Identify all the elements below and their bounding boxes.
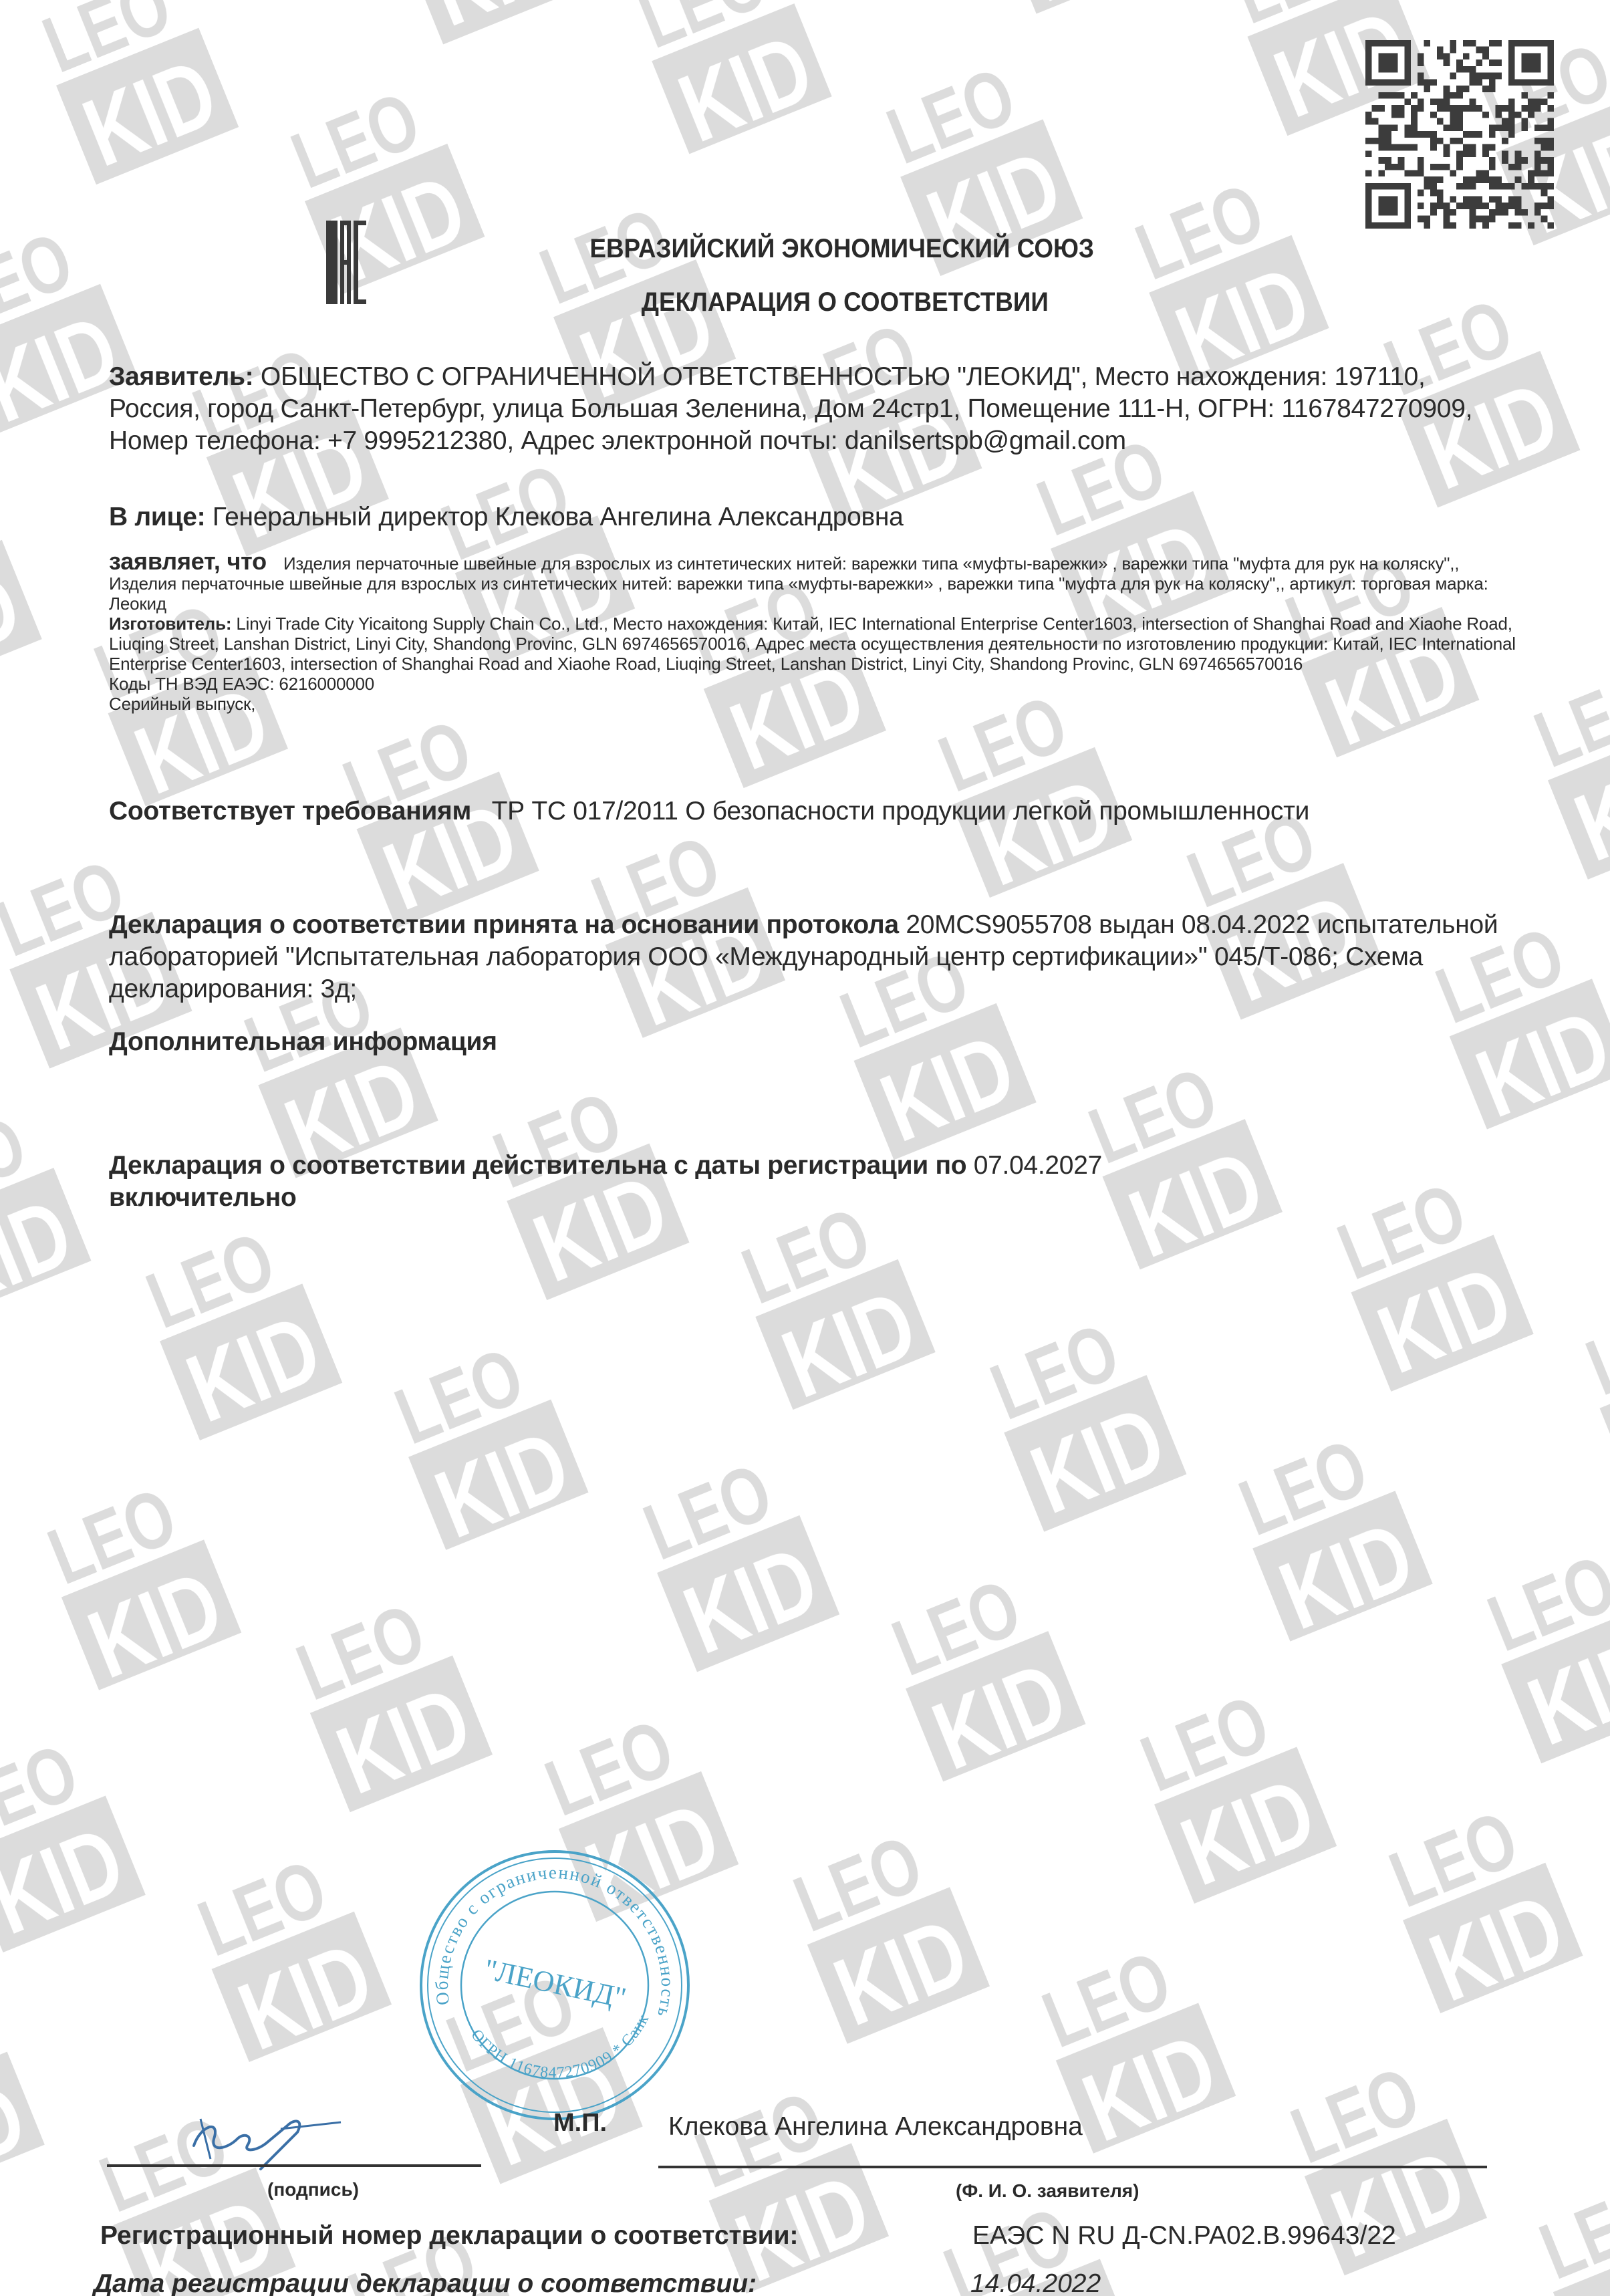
signature-caption: (подпись)	[267, 2179, 359, 2200]
fio-caption: (Ф. И. О. заявителя)	[956, 2180, 1139, 2202]
basis-label: Декларация о соответствии принята на осн…	[109, 910, 899, 939]
product-description: Изделия перчаточные швейные для взрослых…	[109, 553, 1488, 614]
manufacturer-text: Linyi Trade City Yicaitong Supply Chain …	[109, 614, 1516, 674]
registration-date-label: Дата регистрации декларации о соответств…	[94, 2269, 757, 2296]
registration-number-value: ЕАЭС N RU Д-CN.PA02.B.99643/22	[972, 2221, 1396, 2251]
applicant-section: Заявитель: ОБЩЕСТВО С ОГРАНИЧЕННОЙ ОТВЕТ…	[109, 361, 1506, 457]
applicant-label: Заявитель:	[109, 362, 253, 391]
registration-number-label: Регистрационный номер декларации о соотв…	[100, 2221, 799, 2251]
document-title: ДЕКЛАРАЦИЯ О СООТВЕТСТВИИ	[64, 287, 1545, 317]
union-title: ЕВРАЗИЙСКИЙ ЭКОНОМИЧЕСКИЙ СОЮЗ	[64, 234, 1545, 264]
name-line	[658, 2166, 1487, 2168]
validity-suffix: включительно	[109, 1183, 297, 1212]
handwritten-signature-icon	[180, 2099, 348, 2172]
person-label: В лице:	[109, 503, 205, 531]
additional-info-label: Дополнительная информация	[109, 1026, 497, 1058]
registration-date-value: 14.04.2022	[970, 2269, 1101, 2296]
stamp-place-label: М.П.	[553, 2109, 607, 2138]
validity-label: Декларация о соответствии действительна …	[109, 1151, 966, 1180]
declares-section: заявляет, что Изделия перчаточные швейны…	[109, 551, 1519, 714]
conforms-section: Соответствует требованиям ТР ТС 017/2011…	[109, 795, 1379, 827]
conforms-label: Соответствует требованиям	[109, 797, 471, 825]
applicant-text: ОБЩЕСТВО С ОГРАНИЧЕННОЙ ОТВЕТСТВЕННОСТЬЮ…	[109, 362, 1472, 455]
validity-section: Декларация о соответствии действительна …	[109, 1150, 1512, 1214]
validity-date: 07.04.2027	[974, 1151, 1102, 1180]
person-section: В лице: Генеральный директор Клекова Анг…	[109, 501, 1506, 533]
company-stamp-icon: Общество с ограниченной ответственностью…	[414, 1845, 695, 2126]
leokid-watermark-pattern: LEO KID	[0, 0, 1610, 2296]
hs-codes: Коды ТН ВЭД ЕАЭС: 6216000000	[109, 674, 1519, 694]
signer-name: Клекова Ангелина Александровна	[668, 2112, 1083, 2142]
release-type: Серийный выпуск,	[109, 694, 1519, 714]
basis-section: Декларация о соответствии принята на осн…	[109, 909, 1519, 1005]
qr-code-icon	[1365, 40, 1554, 229]
declares-label: заявляет, что	[109, 547, 267, 575]
signature-line	[107, 2164, 481, 2167]
stamp-center-text: "ЛЕОКИД"	[481, 1952, 629, 2015]
person-text: Генеральный директор Клекова Ангелина Ал…	[213, 503, 904, 531]
conforms-text: ТР ТС 017/2011 О безопасности продукции …	[492, 797, 1310, 825]
manufacturer-label: Изготовитель:	[109, 614, 231, 634]
